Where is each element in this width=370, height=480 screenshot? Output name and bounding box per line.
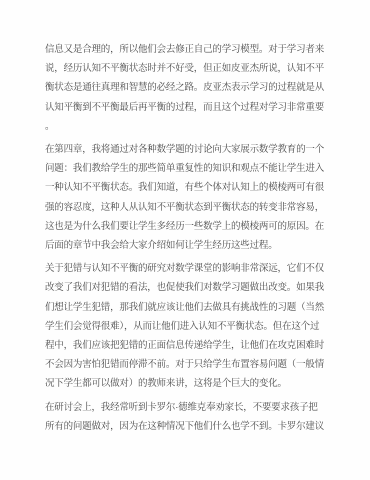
paragraph-3: 关于犯错与认知不平衡的研究对数学课堂的影响非常深远，它们不仅改变了我们对犯错的看… [45, 259, 326, 393]
paragraph-1: 信息又是合理的，所以他们会去修正自己的学习模型。对于学习者来说，经历认知不平衡状… [45, 40, 326, 136]
paragraph-4: 在研讨会上，我经常听到卡罗尔·德维克奉劝家长，不要要求孩子把所有的问题做对，因为… [45, 398, 326, 436]
paragraph-2: 在第四章，我将通过对各种数学题的讨论向大家展示数学教育的一个问题：我们教给学生的… [45, 140, 326, 255]
ebook-page: 信息又是合理的，所以他们会去修正自己的学习模型。对于学习者来说，经历认知不平衡状… [0, 0, 370, 480]
text-block: 信息又是合理的，所以他们会去修正自己的学习模型。对于学习者来说，经历认知不平衡状… [45, 40, 326, 440]
